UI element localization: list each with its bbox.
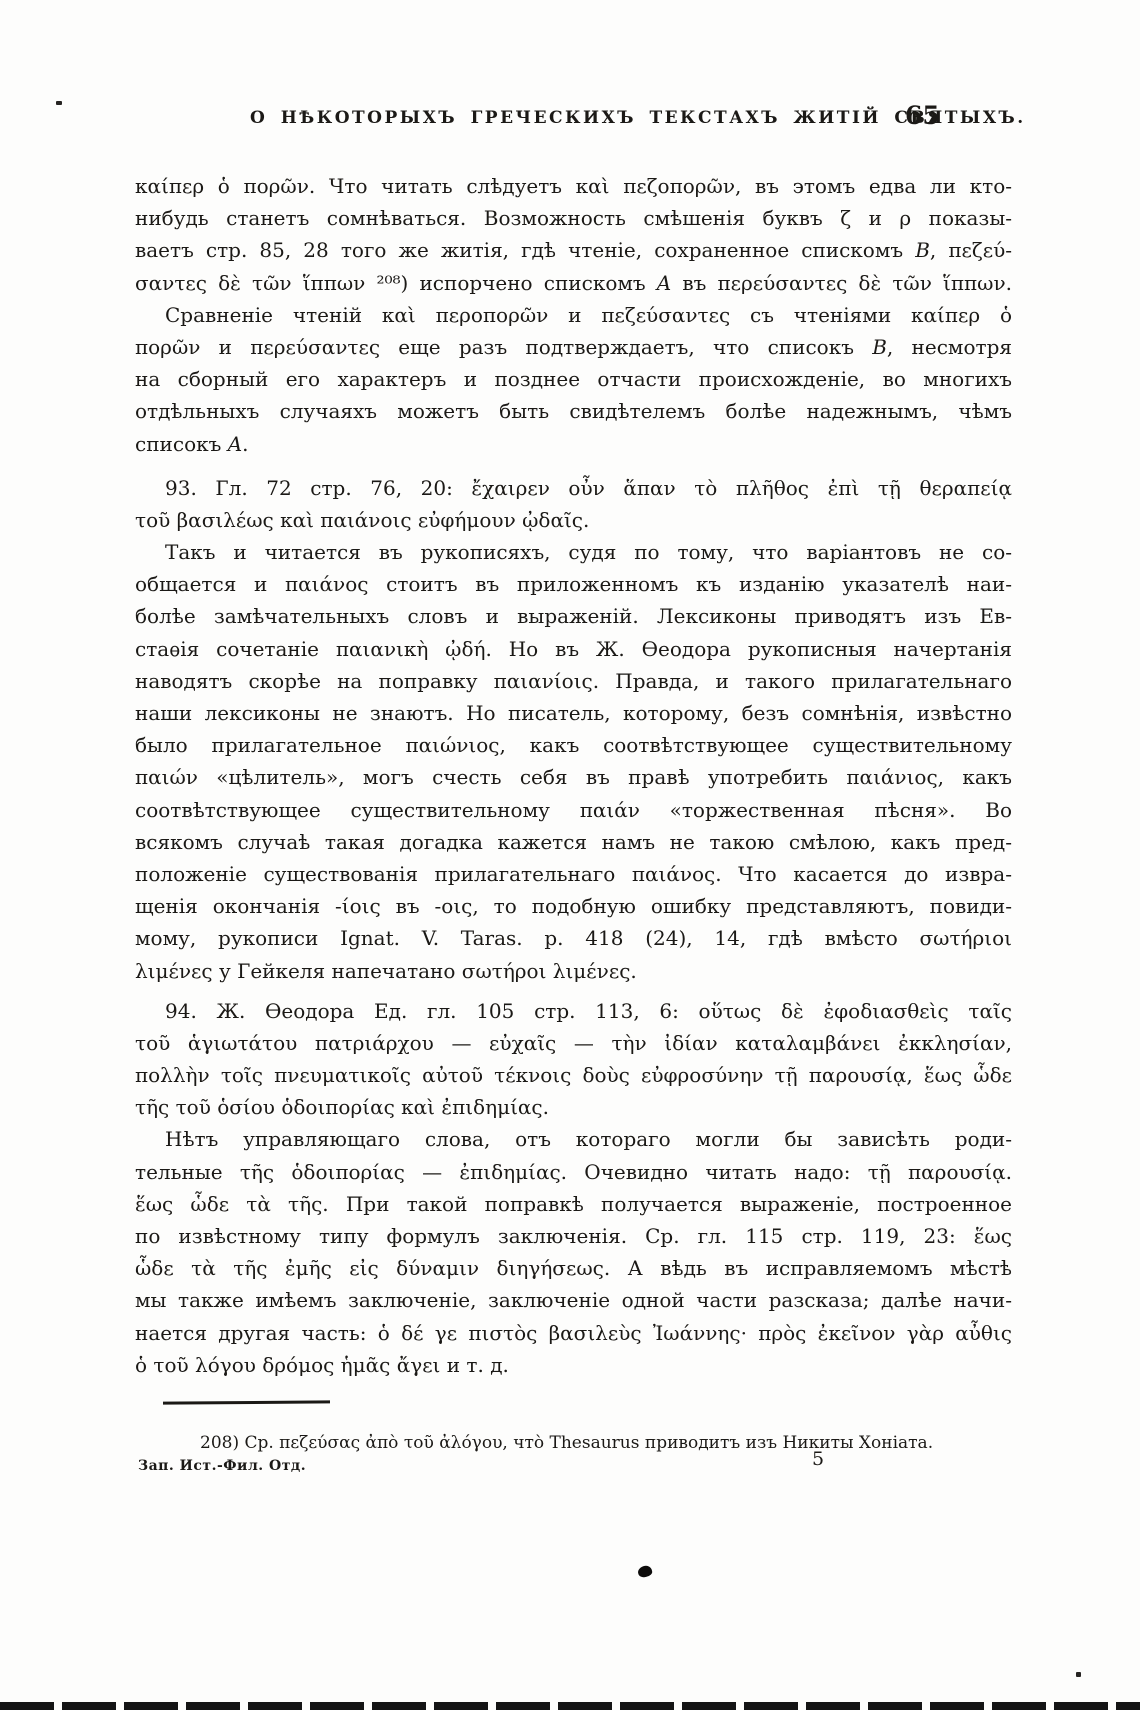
text-line: мы также имѣемъ заключеніе, заключеніе о… [135, 1284, 1012, 1316]
footnote-separator-rule [163, 1400, 330, 1404]
text-line: πορῶν и περεύσαντες еще разъ подтверждае… [135, 331, 1012, 363]
text-line: болѣе замѣчательныхъ словъ и выраженій. … [135, 600, 1012, 632]
text-line: щенія окончанія -ίοις въ -οις, то подобн… [135, 890, 1012, 922]
text-line: стаѳія сочетаніе παιανικὴ ᾠδή. Но въ Ж. … [135, 633, 1012, 665]
text-line: соотвѣтствующее существительному παιάν «… [135, 794, 1012, 826]
text-line: по извѣстному типу формулъ заключенія. С… [135, 1220, 1012, 1252]
text-line: ὁ τοῦ λόγου δρόμος ἡμᾶς ἄγει и т. д. [135, 1349, 1012, 1381]
sheet-number: 5 [812, 1448, 824, 1470]
text-line: τοῦ ἁγιωτάτου πατριάρχου — εὐχαῖς — τὴν … [135, 1027, 1012, 1059]
text-line: 94. Ж. Ѳеодора Ед. гл. 105 стр. 113, 6: … [135, 995, 1012, 1027]
text-line: τοῦ βασιλέως καὶ παιάνοις εὐφήμουν ᾠδαῖς… [135, 504, 1012, 536]
book-page: О НѢКОТОРЫХЪ ГРЕЧЕСКИХЪ ТЕКСТАХЪ ЖИТІЙ С… [0, 0, 1140, 1710]
text-line: общается и παιάνος стоитъ въ приложенном… [135, 568, 1012, 600]
text-line: σαντες δὲ τῶν ἵππων ²⁰⁸) испорчено списк… [135, 267, 1012, 299]
ink-blot [637, 1565, 653, 1579]
text-line: наши лексиконы не знаютъ. Но писатель, к… [135, 697, 1012, 729]
text-line: πολλὴν τοῖς πνευματικοῖς αὐτοῦ τέκνοις δ… [135, 1059, 1012, 1091]
text-line: ваетъ стр. 85, 28 того же житія, гдѣ чте… [135, 234, 1012, 266]
text-line: Сравненіе чтеній καὶ περοπορῶν и πεζεύσα… [135, 299, 1012, 331]
text-line: тельные τῆς ὁδοιπορίας — ἐπιδημίας. Очев… [135, 1156, 1012, 1188]
series-signature: Зап. Ист.-Фил. Отд. [138, 1458, 306, 1474]
text-line: καίπερ ὁ πορῶν. Что читать слѣдуетъ καὶ … [135, 170, 1012, 202]
main-text-block: καίπερ ὁ πορῶν. Что читать слѣдуетъ καὶ … [135, 170, 1012, 1381]
dust-speck [56, 101, 62, 105]
text-line: ὧδε τὰ τῆς ἐμῆς εἰς δύναμιν διηγήσεως. А… [135, 1252, 1012, 1284]
text-line: 93. Гл. 72 стр. 76, 20: ἔχαιρεν οὖν ἅπαν… [135, 472, 1012, 504]
text-line: Нѣтъ управляющаго слова, отъ котораго мо… [135, 1123, 1012, 1155]
page-header: О НѢКОТОРЫХЪ ГРЕЧЕСКИХЪ ТЕКСТАХЪ ЖИТІЙ С… [0, 0, 1140, 150]
text-line: на сборный его характеръ и позднее отчас… [135, 363, 1012, 395]
text-line: наводятъ скорѣе на поправку παιανίοις. П… [135, 665, 1012, 697]
footnote-text: 208) Ср. πεζεύσας ἀπὸ τοῦ ἀλόγου, что̀ T… [200, 1432, 960, 1454]
text-line: нается другая часть: ὁ δέ γε πιστὸς βασι… [135, 1317, 1012, 1349]
text-line: отдѣльныхъ случаяхъ можетъ быть свидѣтел… [135, 395, 1012, 427]
page-number: 65 [905, 101, 975, 130]
dust-speck [1076, 1672, 1081, 1677]
text-line: было прилагательное παιώνιος, какъ соотв… [135, 729, 1012, 761]
text-line: мому, рукописи Ignat. V. Taras. p. 418 (… [135, 922, 1012, 954]
text-line: списокъ A. [135, 428, 1012, 460]
text-line: Такъ и читается въ рукописяхъ, судя по т… [135, 536, 1012, 568]
text-line: παιών «цѣлитель», могъ счесть себя въ пр… [135, 761, 1012, 793]
scan-edge-artifact [0, 1702, 1140, 1710]
text-line: положеніе существованія прилагательнаго … [135, 858, 1012, 890]
running-head-title: О НѢКОТОРЫХЪ ГРЕЧЕСКИХЪ ТЕКСТАХЪ ЖИТІЙ С… [250, 108, 850, 128]
text-line: τῆς τοῦ ὁσίου ὁδοιπορίας καὶ ἐπιδημίας. [135, 1091, 1012, 1123]
text-line: всякомъ случаѣ такая догадка кажется нам… [135, 826, 1012, 858]
text-line: λιμένες у Гейкеля напечатано σωτήροι λιμ… [135, 955, 1012, 987]
text-line: нибудь станетъ сомнѣваться. Возможность … [135, 202, 1012, 234]
text-line: ἕως ὧδε τὰ τῆς. При такой поправкѣ получ… [135, 1188, 1012, 1220]
